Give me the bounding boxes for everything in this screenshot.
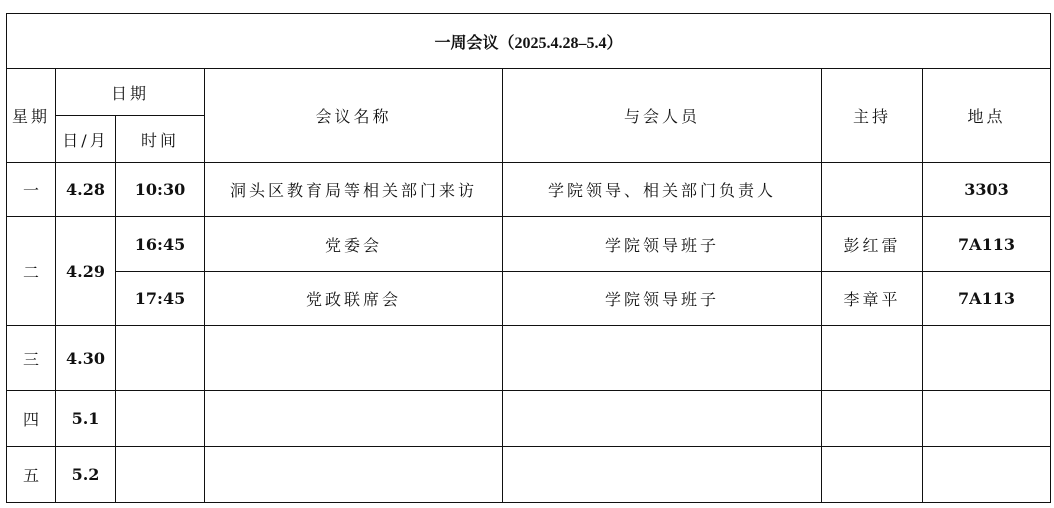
meeting-name-cell: 党政联席会 (205, 272, 503, 326)
attendees-cell: 学院领导班子 (503, 272, 822, 326)
time-cell: 17:45 (116, 272, 205, 326)
header-time: 时间 (116, 116, 205, 163)
weekday-cell: 二 (7, 217, 56, 326)
time-cell: 16:45 (116, 217, 205, 272)
time-cell (116, 326, 205, 391)
location-cell: 7A113 (923, 272, 1051, 326)
table-row: 17:45 党政联席会 学院领导班子 李章平 7A113 (7, 272, 1051, 326)
date-cell: 4.29 (56, 217, 116, 326)
meeting-name-cell (205, 447, 503, 503)
location-cell (923, 391, 1051, 447)
weekly-meeting-table: 一周会议（2025.4.28–5.4） 星期 日期 会议名称 与会人员 主持 地… (6, 13, 1051, 503)
meeting-name-cell (205, 391, 503, 447)
table-row: 四 5.1 (7, 391, 1051, 447)
host-cell: 彭红雷 (822, 217, 923, 272)
table-row: 二 4.29 16:45 党委会 学院领导班子 彭红雷 7A113 (7, 217, 1051, 272)
attendees-cell (503, 391, 822, 447)
header-date-group: 日期 (56, 69, 205, 116)
host-cell: 李章平 (822, 272, 923, 326)
header-attendees: 与会人员 (503, 69, 822, 163)
weekday-cell: 四 (7, 391, 56, 447)
date-cell: 5.2 (56, 447, 116, 503)
location-cell: 3303 (923, 163, 1051, 217)
location-cell (923, 326, 1051, 391)
location-cell: 7A113 (923, 217, 1051, 272)
time-cell: 10:30 (116, 163, 205, 217)
table-row: 五 5.2 (7, 447, 1051, 503)
host-cell (822, 391, 923, 447)
attendees-cell (503, 447, 822, 503)
header-host: 主持 (822, 69, 923, 163)
weekday-cell: 五 (7, 447, 56, 503)
host-cell (822, 447, 923, 503)
host-cell (822, 326, 923, 391)
time-cell (116, 447, 205, 503)
table-row: 三 4.30 (7, 326, 1051, 391)
host-cell (822, 163, 923, 217)
header-weekday: 星期 (7, 69, 56, 163)
table-row: 一 4.28 10:30 洞头区教育局等相关部门来访 学院领导、相关部门负责人 … (7, 163, 1051, 217)
weekday-cell: 三 (7, 326, 56, 391)
table-title: 一周会议（2025.4.28–5.4） (7, 14, 1051, 69)
header-location: 地点 (923, 69, 1051, 163)
meeting-name-cell: 洞头区教育局等相关部门来访 (205, 163, 503, 217)
attendees-cell (503, 326, 822, 391)
date-cell: 4.28 (56, 163, 116, 217)
location-cell (923, 447, 1051, 503)
header-day-month: 日/月 (56, 116, 116, 163)
meeting-name-cell (205, 326, 503, 391)
weekday-cell: 一 (7, 163, 56, 217)
meeting-name-cell: 党委会 (205, 217, 503, 272)
time-cell (116, 391, 205, 447)
header-meeting-name: 会议名称 (205, 69, 503, 163)
date-cell: 4.30 (56, 326, 116, 391)
attendees-cell: 学院领导、相关部门负责人 (503, 163, 822, 217)
attendees-cell: 学院领导班子 (503, 217, 822, 272)
date-cell: 5.1 (56, 391, 116, 447)
